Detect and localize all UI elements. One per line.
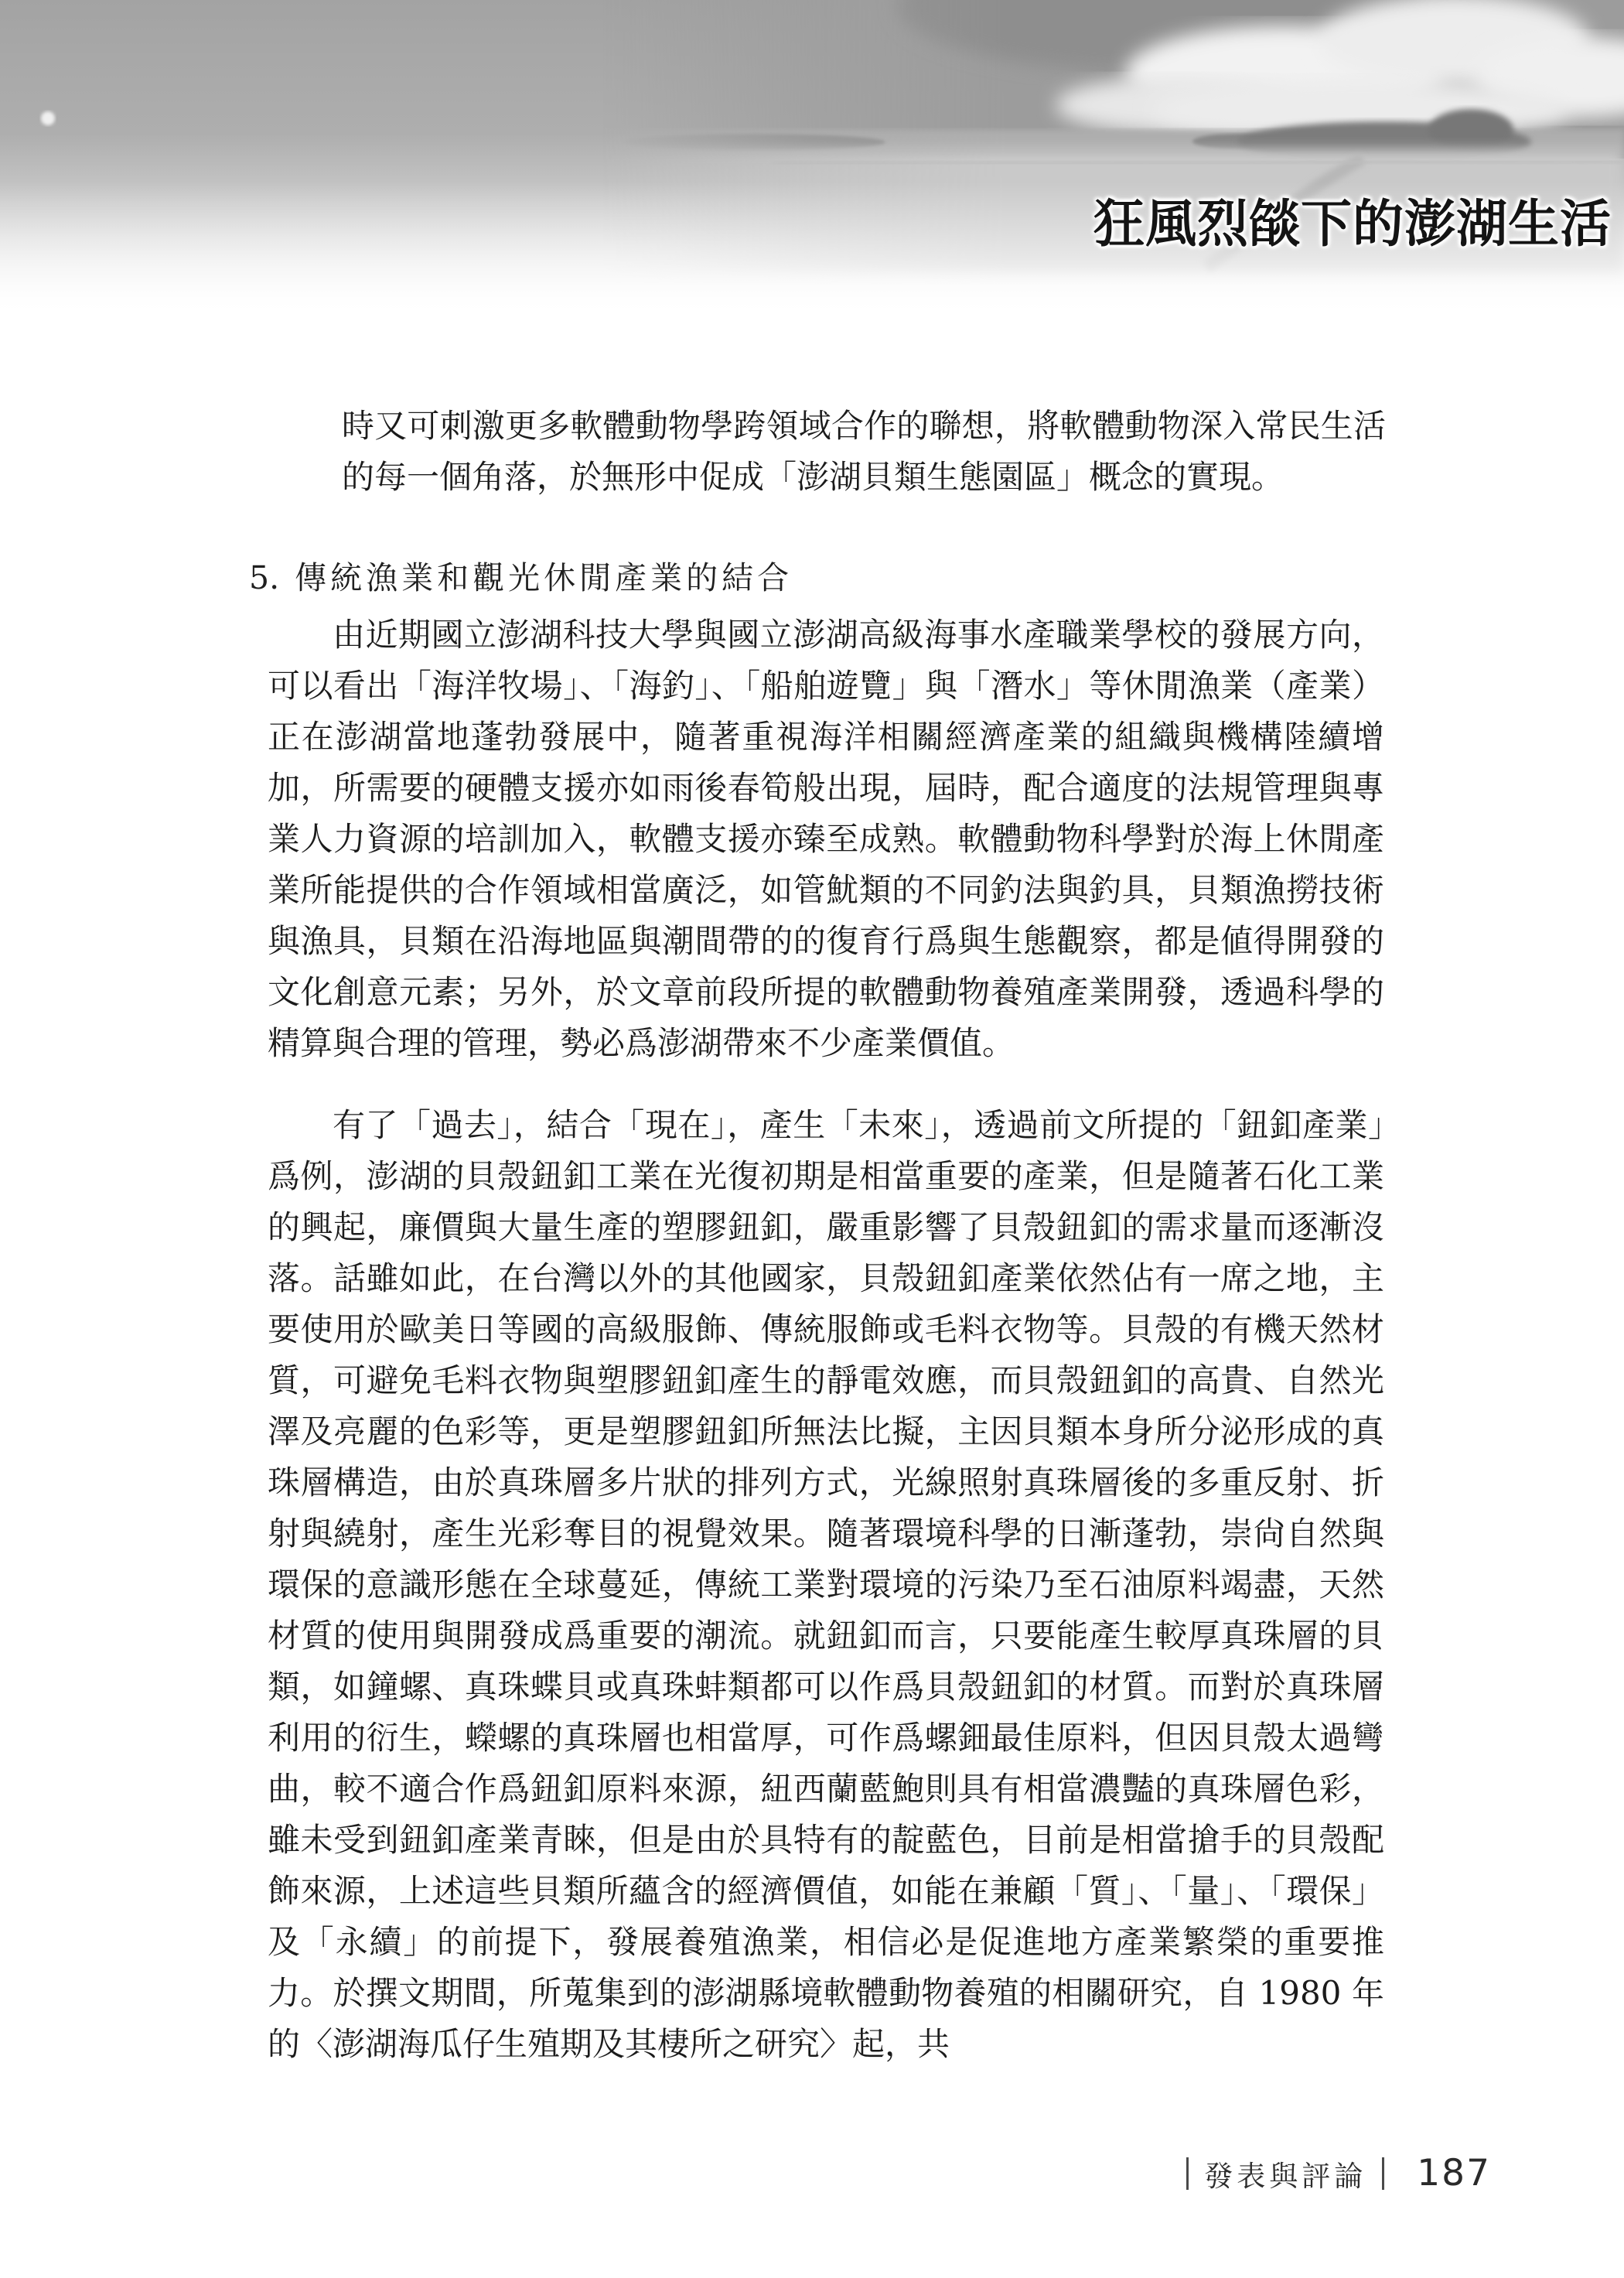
- chapter-title: 狂風烈燄下的澎湖生活: [1093, 183, 1612, 256]
- section-heading: 5.傳統漁業和觀光休閒產業的結合: [249, 555, 793, 600]
- sun-dot: [41, 111, 55, 125]
- footer-separator-bar: ｜: [1186, 2157, 1189, 2190]
- header-landscape-photo: [0, 0, 1624, 317]
- page-number: 187: [1417, 2152, 1491, 2194]
- section-heading-text: 傳統漁業和觀光休閒產業的結合: [295, 559, 793, 596]
- shore-line: [773, 161, 1624, 164]
- footer-section-label: 發表與評論: [1204, 2153, 1366, 2194]
- island-peak: [1428, 109, 1513, 151]
- header-photo-band: [0, 0, 1624, 317]
- body-paragraph: 由近期國立澎湖科技大學與國立澎湖高級海事水產職業學校的發展方向，可以看出「海洋牧…: [268, 610, 1384, 1069]
- quote-paragraph: 時又可刺激更多軟體動物學跨領域合作的聯想，將軟體動物深入常民生活的每一個角落，於…: [342, 401, 1386, 503]
- page-footer: ｜ 發表與評論 ｜ 187: [1171, 2152, 1491, 2194]
- island-silhouette: [623, 134, 885, 151]
- book-page: 狂風烈燄下的澎湖生活 時又可刺激更多軟體動物學跨領域合作的聯想，將軟體動物深入常…: [0, 0, 1624, 2278]
- section-number: 5.: [249, 555, 279, 600]
- body-paragraph: 有了「過去」，結合「現在」，產生「未來」，透過前文所提的「鈕釦產業」爲例，澎湖的…: [268, 1100, 1384, 2070]
- footer-separator-bar: ｜: [1382, 2157, 1384, 2190]
